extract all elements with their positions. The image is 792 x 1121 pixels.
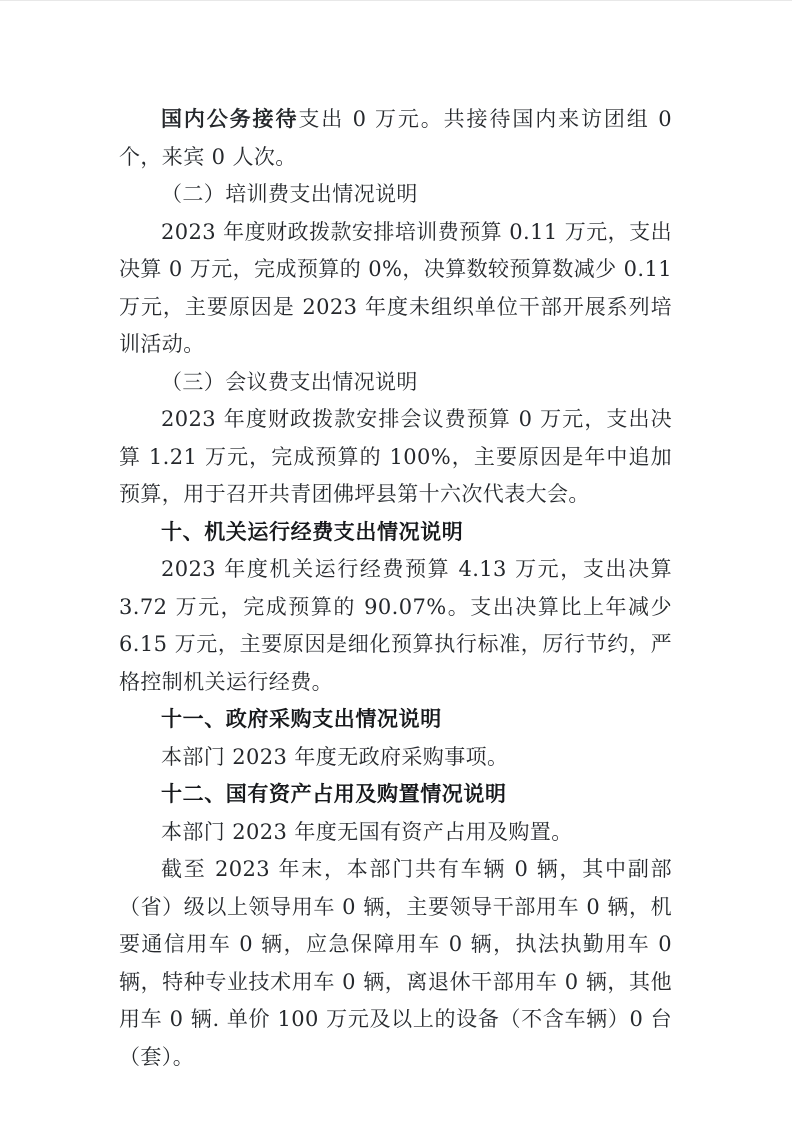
document-page: 国内公务接待支出 0 万元。共接待国内来访团组 0 个，来宾 0 人次。 （二）… xyxy=(0,0,792,1121)
para-meeting-fee-detail: 2023 年度财政拨款安排会议费预算 0 万元，支出决算 1.21 万元，完成预… xyxy=(119,401,672,514)
para-domestic-reception: 国内公务接待支出 0 万元。共接待国内来访团组 0 个，来宾 0 人次。 xyxy=(119,100,672,176)
para-vehicles-and-equipment-detail: 截至 2023 年末，本部门共有车辆 0 辆，其中副部（省）级以上领导用车 0 … xyxy=(119,851,672,1076)
para-domestic-reception-bold-lead: 国内公务接待 xyxy=(161,106,298,131)
para-government-procurement-detail: 本部门 2023 年度无政府采购事项。 xyxy=(119,739,672,777)
heading-government-procurement: 十一、政府采购支出情况说明 xyxy=(119,701,672,739)
subheading-meeting-fee: （三）会议费支出情况说明 xyxy=(119,364,672,402)
para-state-owned-assets-detail: 本部门 2023 年度无国有资产占用及购置。 xyxy=(119,814,672,852)
heading-state-owned-assets: 十二、国有资产占用及购置情况说明 xyxy=(119,776,672,814)
heading-agency-operating-expense: 十、机关运行经费支出情况说明 xyxy=(119,514,672,552)
para-training-fee-detail: 2023 年度财政拨款安排培训费预算 0.11 万元，支出决算 0 万元，完成预… xyxy=(119,214,672,364)
subheading-training-fee: （二）培训费支出情况说明 xyxy=(119,176,672,214)
para-agency-operating-expense-detail: 2023 年度机关运行经费预算 4.13 万元，支出决算 3.72 万元，完成预… xyxy=(119,551,672,701)
